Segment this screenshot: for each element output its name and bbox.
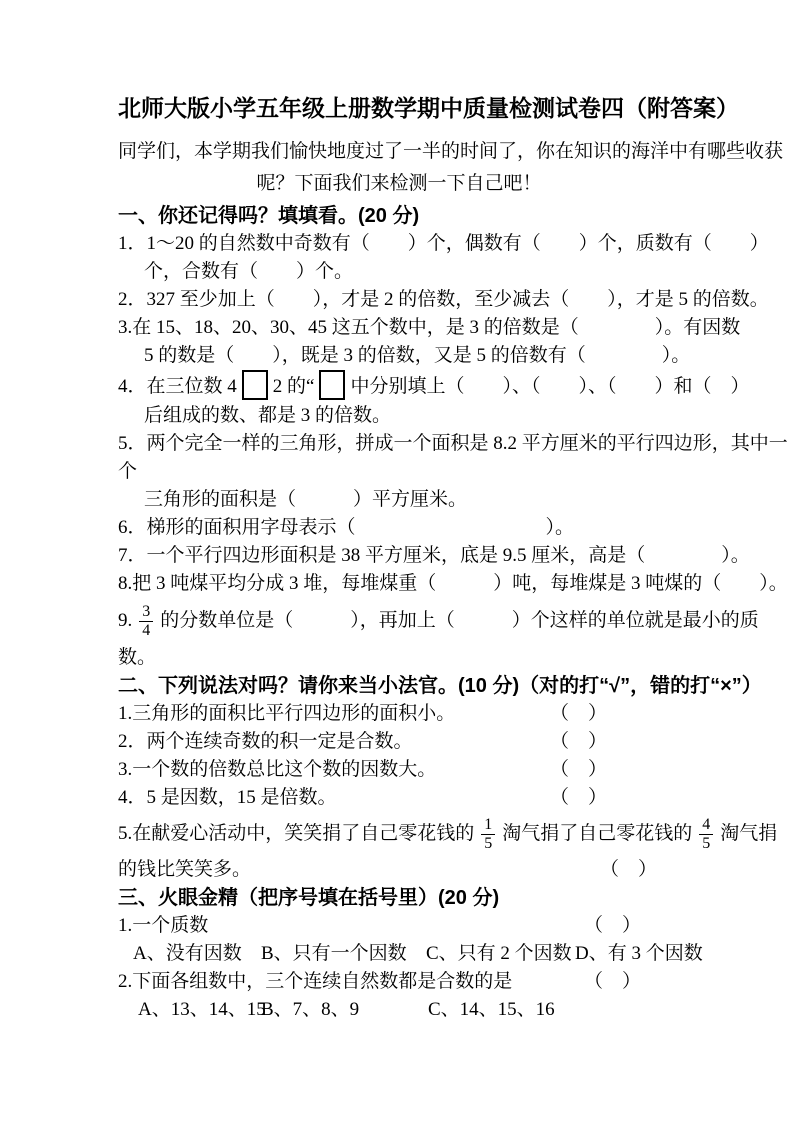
question-6: 6．梯形的面积用字母表示（ ）。 xyxy=(118,514,680,542)
fraction-denominator: 4 xyxy=(139,622,153,640)
fraction-denominator: 5 xyxy=(699,835,713,853)
choice-question-2: 2.下面各组数中，三个连续自然数都是合数的是 （ ） xyxy=(118,968,680,996)
judge-4-answer-bracket: （ ） xyxy=(550,784,607,812)
judge-2-answer-bracket: （ ） xyxy=(550,728,607,756)
section-2-header: 二、下列说法对吗？请你来当小法官。(10 分)（对的打“√”，错的打“×”） xyxy=(118,672,680,700)
choice-2-option-c: C、14、15、16 xyxy=(428,996,555,1024)
choice-question-1: 1.一个质数 （ ） xyxy=(118,912,680,940)
judge-4-text: 4．5 是因数，15 是倍数。 xyxy=(118,787,337,808)
section-1-header: 一、你还记得吗？填填看。(20 分) xyxy=(118,202,680,230)
fraction-three-fourths: 3 4 xyxy=(139,603,153,640)
fraction-denominator: 5 xyxy=(481,835,495,853)
judge-2-text: 2．两个连续奇数的积一定是合数。 xyxy=(118,731,413,752)
choice-1-option-a: A、没有因数 xyxy=(133,940,242,968)
question-4-segment-2: 2 的“ xyxy=(273,376,315,397)
paper-content: 北师大版小学五年级上册数学期中质量检测试卷四（附答案） 同学们，本学期我们愉快地… xyxy=(118,92,680,1024)
fraction-numerator: 4 xyxy=(699,816,713,835)
judge-item-4: 4．5 是因数，15 是倍数。 （ ） xyxy=(118,784,680,812)
fraction-four-fifths: 4 5 xyxy=(699,816,713,853)
fraction-numerator: 1 xyxy=(481,816,495,835)
fraction-one-fifth: 1 5 xyxy=(481,816,495,853)
judge-5-tail-text: 的钱比笑笑多。 xyxy=(118,859,251,880)
judge-1-answer-bracket: （ ） xyxy=(550,700,607,728)
choice-1-answer-bracket: （ ） xyxy=(584,912,641,940)
question-4-segment-3: 中分别填上（ ）、（ ）、（ ）和（ ） xyxy=(350,376,749,397)
question-3-line-1: 3.在 15、18、20、30、45 这五个数中，是 3 的倍数是（ ）。有因数 xyxy=(118,314,680,342)
question-9-line-1: 9. 3 4 的分数单位是（ ），再加上（ ）个这样的单位就是最小的质 xyxy=(118,598,680,644)
question-2: 2．327 至少加上（ ），才是 2 的倍数，至少减去（ ），才是 5 的倍数。 xyxy=(118,286,680,314)
choice-1-option-d: D、有 3 个因数 xyxy=(575,940,703,968)
question-7: 7．一个平行四边形面积是 38 平方厘米，底是 9.5 厘米，高是（ ）。 xyxy=(118,542,680,570)
question-1-line-1: 1．1～20 的自然数中奇数有（ ）个，偶数有（ ）个，质数有（ ） xyxy=(118,230,680,258)
question-4-segment-1: 4．在三位数 4 xyxy=(118,376,237,397)
choice-1-text: 1.一个质数 xyxy=(118,915,208,936)
choice-2-option-a: A、13、14、15 xyxy=(138,996,266,1024)
question-4-line-2: 后组成的数、都是 3 的倍数。 xyxy=(118,402,680,430)
judge-item-3: 3.一个数的倍数总比这个数的因数大。 （ ） xyxy=(118,756,680,784)
judge-item-2: 2．两个连续奇数的积一定是合数。 （ ） xyxy=(118,728,680,756)
question-9-text: 的分数单位是（ ），再加上（ ）个这样的单位就是最小的质 xyxy=(160,607,759,635)
judge-item-5-line-1: 5.在献爱心活动中，笑笑捐了自己零花钱的 1 5 淘气捐了自己零花钱的 4 5 … xyxy=(118,812,680,856)
fill-in-square-box-2 xyxy=(319,370,345,400)
fill-in-square-box-1 xyxy=(242,370,268,400)
judge-1-text: 1.三角形的面积比平行四边形的面积小。 xyxy=(118,703,455,724)
intro-line-2: 呢？下面我们来检测一下自己吧！ xyxy=(118,168,680,200)
fraction-numerator: 3 xyxy=(139,603,153,622)
judge-3-text: 3.一个数的倍数总比这个数的因数大。 xyxy=(118,759,436,780)
choice-2-text: 2.下面各组数中，三个连续自然数都是合数的是 xyxy=(118,971,512,992)
question-4-line-1: 4．在三位数 42 的“中分别填上（ ）、（ ）、（ ）和（ ） xyxy=(118,370,680,402)
judge-3-answer-bracket: （ ） xyxy=(550,756,607,784)
question-5-line-3: 三角形的面积是（ ）平方厘米。 xyxy=(118,486,680,514)
question-3-line-2: 5 的数是（ ），既是 3 的倍数，又是 5 的倍数有（ ）。 xyxy=(118,342,680,370)
section-3-header: 三、火眼金精（把序号填在括号里）(20 分) xyxy=(118,884,680,912)
choice-2-option-b: B、7、8、9 xyxy=(261,996,359,1024)
intro-line-1: 同学们，本学期我们愉快地度过了一半的时间了，你在知识的海洋中有哪些收获 xyxy=(118,136,680,168)
test-paper-page: 北师大版小学五年级上册数学期中质量检测试卷四（附答案） 同学们，本学期我们愉快地… xyxy=(0,0,793,1122)
judge-5-segment-2: 淘气捐了自己零花钱的 xyxy=(502,820,692,848)
judge-5-answer-bracket: （ ） xyxy=(600,856,657,884)
choice-1-option-b: B、只有一个因数 xyxy=(261,940,407,968)
judge-5-segment-1: 5.在献爱心活动中，笑笑捐了自己零花钱的 xyxy=(118,820,474,848)
question-8: 8.把 3 吨煤平均分成 3 堆，每堆煤重（ ）吨，每堆煤是 3 吨煤的（ ）。 xyxy=(118,570,680,598)
question-1-line-2: 个，合数有（ ）个。 xyxy=(118,258,680,286)
question-5-line-1: 5．两个完全一样的三角形，拼成一个面积是 8.2 平方厘米的平行四边形，其中一 xyxy=(118,430,680,458)
choice-1-options: A、没有因数 B、只有一个因数 C、只有 2 个因数 D、有 3 个因数 xyxy=(118,940,680,968)
question-9-line-2: 数。 xyxy=(118,644,680,672)
choice-2-answer-bracket: （ ） xyxy=(584,968,641,996)
question-5-line-2: 个 xyxy=(118,458,680,486)
choice-2-options: A、13、14、15 B、7、8、9 C、14、15、16 xyxy=(118,996,680,1024)
judge-5-segment-3: 淘气捐 xyxy=(720,820,777,848)
judge-item-5-line-2: 的钱比笑笑多。 （ ） xyxy=(118,856,680,884)
judge-item-1: 1.三角形的面积比平行四边形的面积小。 （ ） xyxy=(118,700,680,728)
question-9-number: 9. xyxy=(118,607,132,635)
page-title: 北师大版小学五年级上册数学期中质量检测试卷四（附答案） xyxy=(118,92,680,124)
choice-1-option-c: C、只有 2 个因数 xyxy=(426,940,572,968)
